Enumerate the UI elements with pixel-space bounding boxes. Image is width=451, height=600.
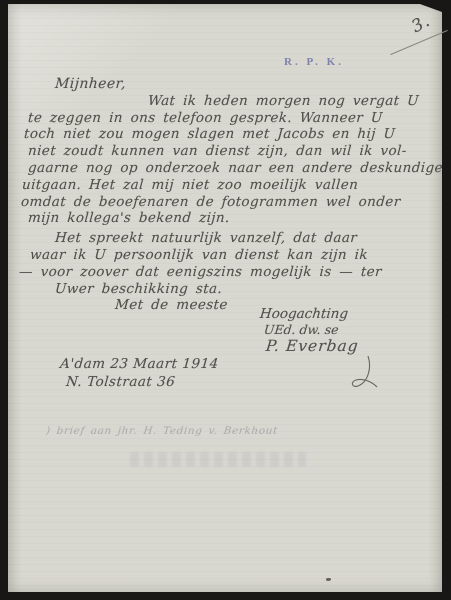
rpk-collection-stamp: R. P. K. xyxy=(284,56,344,68)
body-line: uitgaan. Het zal mij niet zoo moeilijk v… xyxy=(21,177,442,194)
body-line: waar ik U persoonlijk van dienst kan zij… xyxy=(29,247,442,264)
closing-abbreviation: UEd. dw. se xyxy=(263,322,360,338)
archivist-pencil-note: ) brief aan jhr. H. Teding v. Berkhout xyxy=(45,425,278,437)
closing-formula: Hoogachting xyxy=(259,306,360,322)
paper-speck xyxy=(326,578,331,581)
body-line: — voor zoover dat eenigszins mogelijk is… xyxy=(18,264,442,281)
salutation: Mijnheer, xyxy=(54,76,442,93)
body-line: mijn kollega's bekend zijn. xyxy=(27,210,442,227)
scanned-letter-page: { "page": { "number": "3." }, "stamp": {… xyxy=(0,0,451,600)
letter-paper: 3. R. P. K. Mijnheer, Wat ik heden morge… xyxy=(8,4,442,592)
body-line: gaarne nog op onderzoek naar een andere … xyxy=(27,160,442,177)
body-line: Wat ik heden morgen nog vergat U xyxy=(147,93,442,110)
body-line: toch niet zou mogen slagen met Jacobs en… xyxy=(23,126,442,143)
body-line: Het spreekt natuurlijk vanzelf, dat daar xyxy=(54,230,442,247)
letter-body: Mijnheer, Wat ik heden morgen nog vergat… xyxy=(8,76,442,314)
address-line: N. Tolstraat 36 xyxy=(65,374,219,392)
date-address-block: A'dam 23 Maart 1914 N. Tolstraat 36 xyxy=(60,356,219,391)
signature: P. Everbag xyxy=(265,337,360,353)
page-number: 3. xyxy=(408,11,433,37)
signature-flourish xyxy=(338,356,378,390)
body-line: omdat de beoefenaren de fotogrammen wel … xyxy=(20,194,442,211)
ink-bleed-through-ghost xyxy=(130,452,306,467)
body-line: niet zoudt kunnen van dienst zijn, dan w… xyxy=(27,143,442,160)
date-line: A'dam 23 Maart 1914 xyxy=(59,356,219,374)
scan-background: 3. R. P. K. Mijnheer, Wat ik heden morge… xyxy=(0,0,451,600)
closing-block: Hoogachting UEd. dw. se P. Everbag xyxy=(260,306,359,353)
body-line: te zeggen in ons telefoon gesprek. Wanne… xyxy=(27,110,442,127)
body-line: Uwer beschikking sta. xyxy=(54,281,442,298)
